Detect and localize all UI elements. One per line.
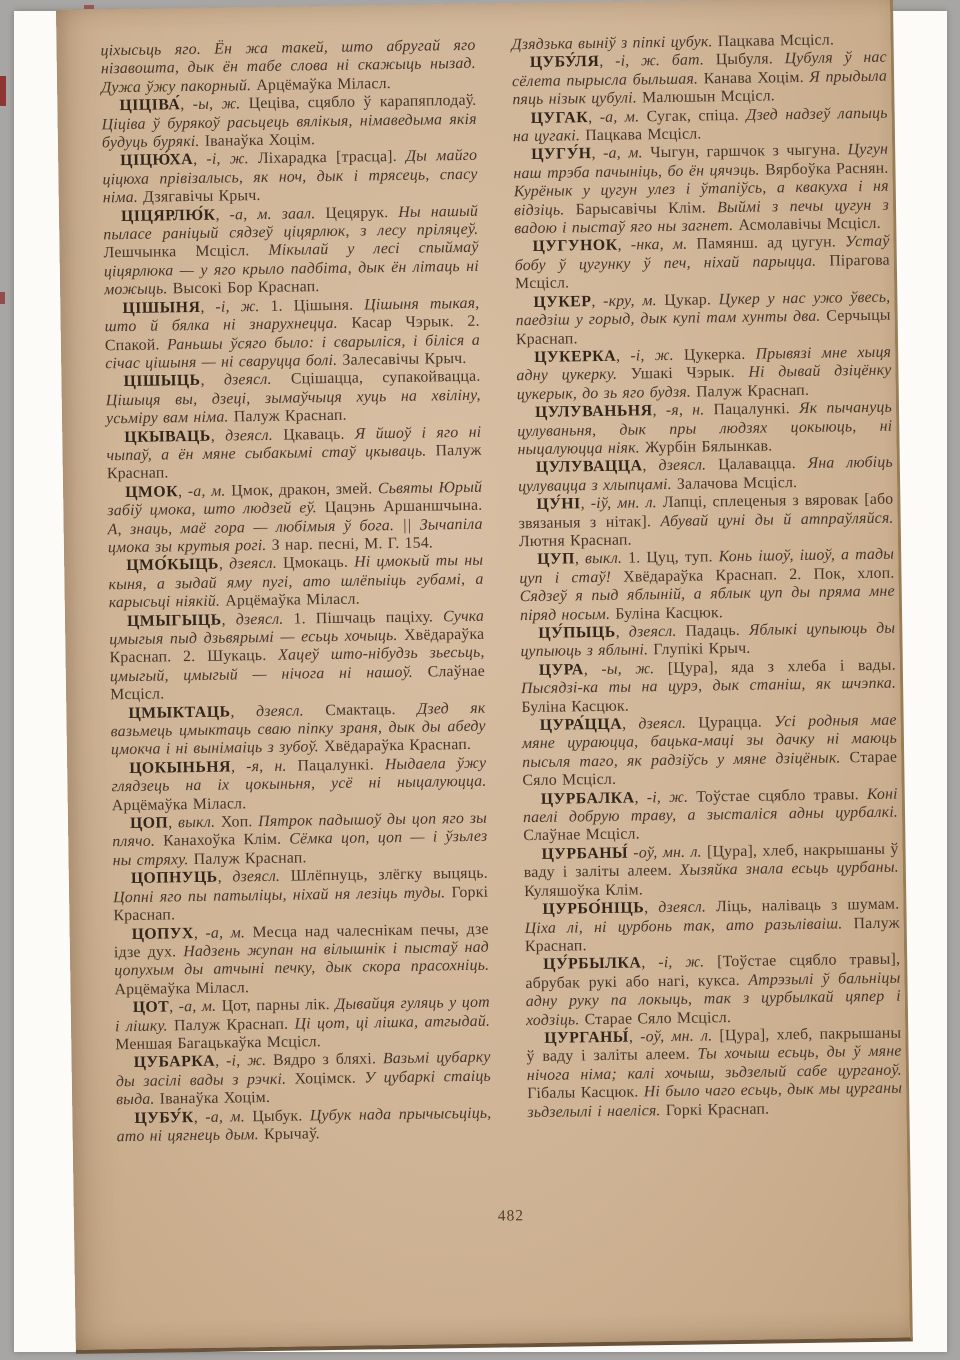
plain-text: Залесавічы Крыч. [342, 350, 466, 369]
right-column: Дзядзька выніў з піпкі цубук. Пацкава Мс… [511, 31, 902, 1141]
plain-text: , [584, 661, 602, 678]
example-or-grammar-text: -ы, ж. [193, 95, 241, 113]
scan-edge-artifact [0, 76, 6, 106]
plain-text: Цыбуля. [704, 51, 785, 69]
headword: ЦУГУ́Н [531, 146, 592, 164]
headword: ЦУРГАНЫ́ [544, 1029, 629, 1047]
headword: ЦІЦІВА́ [119, 96, 180, 114]
plain-text: Цецярук. [315, 204, 398, 222]
headword: ЦУРБО́НІЦЬ [542, 899, 644, 918]
example-or-grammar-text: дзеясл. [225, 426, 273, 444]
plain-text: , [616, 624, 629, 641]
plain-text: Канава Хоцім. [704, 69, 810, 88]
headword: ЦІШЫЦЬ [123, 372, 200, 390]
plain-text: , [231, 758, 246, 775]
headword: ЦІЦЯРЛЮ́К [121, 206, 216, 224]
example-or-grammar-text: дзеясл. [232, 868, 280, 886]
plain-text: Палуж Краснап. [696, 382, 809, 401]
dictionary-entry: ЦУГАК, -а, м. Сугак, спіца. Дзед надзеў … [513, 104, 889, 146]
plain-text: Слаўнае Мсцісл. [523, 826, 640, 845]
plain-text: Малюшын Мсцісл. [642, 88, 775, 107]
example-or-grammar-text: Абувай цуні ды й атпраўляйся. [660, 509, 893, 529]
plain-text: Залачова Мсцісл. [677, 474, 798, 493]
plain-text: , [588, 109, 600, 126]
plain-text: Пацалункі. [704, 400, 799, 418]
plain-text: Цот, парны лік. [216, 996, 335, 1015]
plain-text: Цкаваць. [273, 425, 355, 443]
plain-text: 1. Цішыня. [259, 296, 364, 315]
headword: ЦІЦЮ́ХА [120, 151, 193, 169]
plain-text: Арцёмаўка Міласл. [112, 795, 247, 814]
dictionary-entry: ЦМЫКТАЦЬ, дзеясл. Смактаць. Дзед як вазь… [110, 699, 486, 760]
example-or-grammar-text: -оў, мн. л. [640, 1027, 712, 1045]
plain-text: , [218, 869, 233, 886]
plain-text: Меншая Багацькаўка Мсцісл. [115, 1033, 321, 1053]
dictionary-entry: ЦОПУХ, -а, м. Месца над чалеснікам печы,… [114, 920, 490, 999]
example-or-grammar-text: -і, ж. [215, 298, 259, 316]
plain-text: , [200, 298, 215, 315]
example-or-grammar-text: -а, м. [205, 924, 245, 942]
plain-text: Смактаць. [304, 700, 418, 719]
plain-text: Асмолавічы Мсцісл. [738, 215, 881, 234]
example-or-grammar-text: -а, м. заал. [229, 205, 315, 223]
plain-text: , [575, 551, 585, 568]
dictionary-entry: ЦКЫВАЦЬ, дзеясл. Цкаваць. Я йшоў і яго н… [106, 423, 482, 484]
plain-text: Журбін Бялынкав. [645, 437, 773, 456]
plain-text: , [180, 96, 193, 113]
plain-text: , [652, 402, 666, 419]
plain-text: Хвёдараўка Краснап. [324, 736, 471, 755]
example-or-grammar-text: дзеясл. [638, 715, 686, 733]
example-or-grammar-text: дзеясл. [229, 555, 277, 573]
headword: ЦМО́КЫЦЬ [126, 556, 219, 574]
example-or-grammar-text: -і, ж. [658, 954, 704, 972]
example-or-grammar-text: дзеясл. [224, 371, 272, 389]
headword: ЦУП [537, 551, 575, 569]
plain-text: , [215, 206, 229, 223]
example-or-grammar-text: дзеясл. [658, 457, 706, 475]
plain-text: Сугак, спіца. [639, 106, 746, 125]
plain-text: Глупікі Крыч. [653, 640, 750, 658]
plain-text: Дзягавічы Крыч. [143, 187, 261, 206]
dictionary-entry: ЦУБУ́К, -а, м. Цыбук. Цубук нада прычысь… [116, 1104, 492, 1146]
example-or-grammar-text: -нка, м. [631, 236, 688, 254]
dictionary-entry: ЦМОК, -а, м. Цмок, дракон, змей. Сьвяты … [107, 478, 483, 557]
plain-text: , [200, 372, 224, 389]
example-or-grammar-text: Ціха лі, ні цурбонь так, ато разьліваіш. [525, 915, 854, 937]
plain-text: Хоцімск. [294, 1069, 364, 1087]
dictionary-entry: ЦОПНУЦЬ, дзеясл. Шлёпнуць, злёгку выцяць… [113, 865, 489, 926]
example-or-grammar-text: выкл. [585, 550, 622, 568]
headword: ЦІШЫНЯ [122, 299, 200, 317]
dictionary-entry: ЦІШЫЦЬ, дзеясл. Сцішацца, супакойвацца. … [105, 368, 481, 429]
dictionary-entry: ЦУРГАНЫ́, -оў, мн. л. [Цура], хлеб, пакр… [526, 1025, 902, 1123]
plain-text: Арцёмаўка Міласл. [114, 979, 249, 998]
plain-text: Тоўстае сцябло травы. [688, 786, 867, 806]
plain-text: , [591, 145, 603, 162]
dictionary-entry: ЦУБАРКА, -і, ж. Вядро з бляхі. Вазьмі цу… [116, 1049, 492, 1110]
plain-text: Чыгун, гаршчок з чыгуна. [643, 142, 848, 162]
plain-text: , [168, 814, 178, 831]
example-or-grammar-text: -я, н. [666, 402, 705, 420]
dictionary-entry: ЦУ́ПЫЦЬ, дзеясл. Падаць. Яблыкі цупыюць … [520, 620, 896, 662]
headword: ЦОП [130, 814, 168, 832]
plain-text: Арцёмаўка Міласл. [256, 75, 391, 94]
plain-text: Арцёмаўка Міласл. [225, 591, 360, 610]
example-or-grammar-text: -і, ж. [206, 151, 249, 169]
page-number: 482 [118, 1202, 904, 1232]
example-or-grammar-text: -а, м. [179, 998, 217, 1016]
plain-text: Барысавічы Клім. [576, 199, 718, 218]
text-block: ціхысьць яго. Ён жа такей, што абругай я… [100, 31, 902, 1147]
plain-text: Старае Сяло Мсцісл. [585, 1009, 732, 1028]
plain-text: , [599, 53, 615, 70]
example-or-grammar-text: Ці цот, ці лішка, атгыдай. [294, 1012, 490, 1032]
plain-text: Цукар. [657, 291, 719, 309]
headword: ЦУБАРКА [134, 1053, 216, 1071]
headword: ЦУКЕРКА [534, 348, 616, 366]
headword: ЦУРБАНЫ́ [541, 844, 628, 862]
scanned-dictionary-page: ціхысьць яго. Ён жа такей, што абругай я… [56, 0, 913, 1354]
dictionary-entry: ЦІЦЮ́ХА, -і, ж. Ліхарадка [трасца]. Ды м… [102, 147, 478, 208]
headword: ЦМЫГЫЦЬ [127, 611, 222, 629]
dictionary-entry: ЦІЦЯРЛЮ́К, -а, м. заал. Цецярук. Ны нашы… [103, 202, 479, 300]
example-or-grammar-text: Хызяйка знала есьць цурбаны. [680, 859, 899, 879]
headword: ЦУЛУВАНЬНЯ [535, 402, 653, 421]
plain-text: Іванаўка Хоцім. [160, 1089, 271, 1108]
dictionary-entry: ЦУГУ́Н, -а, м. Чыгун, гаршчок з чыгуна. … [513, 141, 889, 239]
plain-text: Памянш. ад цугун. [687, 234, 845, 253]
plain-text: , [169, 998, 179, 1015]
plain-text: Сцішацца, супакойвацца. [272, 368, 481, 388]
plain-text: Куляшоўка Клім. [524, 881, 643, 900]
plain-text: Палуж Краснап. [194, 849, 307, 868]
headword: ЦКЫВАЦЬ [124, 427, 211, 445]
headword: ЦУРА́ЦЦА [540, 716, 623, 734]
plain-text: , [230, 703, 256, 720]
plain-text: , [215, 1053, 226, 1070]
plain-text: Пацкава Мсцісл. [585, 125, 702, 144]
plain-text: , [641, 954, 658, 971]
example-or-grammar-text: -ы, ж. [601, 660, 654, 678]
plain-text: Ліць, наліваць з шумам. [706, 896, 900, 916]
headword: ЦУ́ПЫЦЬ [538, 624, 616, 642]
plain-text: Цмок, дракон, змей. [225, 480, 378, 499]
headword: ЦОТ [133, 999, 170, 1017]
plain-text: Крычаў. [264, 1125, 320, 1143]
plain-text: , [634, 789, 647, 806]
plain-text: Пацкава Мсцісл. [718, 31, 835, 50]
plain-text: Цмокаць. [277, 554, 354, 572]
example-or-grammar-text: -я, н. [246, 758, 287, 776]
plain-text: , [591, 293, 603, 310]
headword: ЦОКЫНЬНЯ [129, 758, 231, 777]
plain-text: Канахоўка Клім. [163, 831, 289, 850]
scan-edge-artifact [84, 5, 94, 9]
headword: ЦУГАК [531, 109, 589, 127]
headword: ЦУ́НІ [536, 495, 581, 513]
plain-text: [Цура], яда з хлеба і вады. [654, 656, 896, 677]
example-or-grammar-text: Дзядзька выніў з піпкі цубук. [511, 33, 717, 53]
plain-text: , [193, 151, 207, 168]
plain-text: , [211, 427, 226, 444]
plain-text: Хоп. [215, 813, 258, 831]
dictionary-entry: ЦУП, выкл. 1. Цуц, туп. Конь ішоў, ішоў,… [519, 546, 895, 625]
dictionary-entry: ЦУРБАЛКА, -і, ж. Тоўстае сцябло травы. К… [523, 785, 899, 846]
dictionary-entry: ЦУРА, -ы, ж. [Цура], яда з хлеба і вады.… [521, 656, 897, 717]
plain-text: Хвёдараўка Краснап. 2. Пок, хлоп. [623, 564, 894, 585]
dictionary-entry: ЦУ́РБЫЛКА, -і, ж. [Тоўстае сцябло травы]… [525, 951, 901, 1030]
dictionary-entry: ЦУЛУВАНЬНЯ, -я, н. Пацалункі. Як пычануц… [517, 399, 893, 460]
plain-text: Горкі Краснап. [666, 1100, 770, 1119]
example-or-grammar-text: -а, м. [188, 482, 226, 500]
dictionary-entry: ЦУРБО́НІЦЬ, дзеясл. Ліць, наліваць з шум… [524, 896, 900, 957]
plain-text: 1. Цуц, туп. [622, 549, 719, 567]
plain-text: Іванаўка Хоцім. [205, 131, 316, 150]
headword: ЦУ́РБЫЛКА [543, 955, 641, 973]
plain-text: Цыбук. [245, 1107, 310, 1125]
headword: ЦМЫКТАЦЬ [128, 703, 230, 722]
example-or-grammar-text: -і, ж. [647, 788, 689, 806]
example-or-grammar-text: -оў, мн. л. [633, 843, 702, 861]
headword: ЦУЛУВАЦЦА [536, 458, 643, 477]
plain-text: Буліна Касцюк. [615, 604, 723, 623]
example-or-grammar-text: -кру, м. [603, 292, 657, 310]
dictionary-entry: ЦУРБАНЫ́ -оў, мн. л. [Цура], хлеб, накры… [523, 840, 899, 901]
headword: ЦМОК [125, 483, 178, 501]
plain-text: , [194, 1108, 206, 1125]
plain-text: Цукерка. [674, 346, 756, 364]
example-or-grammar-text: дзеясл. [236, 610, 284, 628]
plain-text: Цацэнь Аршаншчына. [325, 497, 483, 516]
example-or-grammar-text: -а, м. [603, 145, 643, 163]
plain-text: , [617, 237, 631, 254]
headword: ЦОПНУЦЬ [131, 869, 218, 887]
plain-text: З нар. песні, М. Г. 154. [272, 534, 434, 553]
dictionary-entry: ЦІШЫНЯ, -і, ж. 1. Цішыня. Цішыня тыкая, … [104, 294, 480, 373]
plain-text: Ліхарадка [трасца]. [249, 148, 406, 167]
plain-text: Вядро з бляхі. [266, 1051, 383, 1070]
plain-text: , [644, 899, 658, 916]
plain-text: 1. Пішчаць паціху. [283, 608, 443, 627]
dictionary-entry: ЦУБУ́ЛЯ, -і, ж. бат. Цыбуля. Цубуля ў на… [512, 49, 888, 110]
plain-text: Лешчынка Мсцісл. [103, 242, 268, 261]
headword: ЦУКЕР [533, 293, 591, 311]
dictionary-entry: ЦУГУНОК, -нка, м. Памянш. ад цугун. Уста… [514, 233, 890, 294]
dictionary-entry: ЦОП, выкл. Хоп. Пятрок падышоў ды цоп яг… [112, 810, 488, 871]
plain-text: Цеціва, сцябло ў карапяплодаў. [240, 92, 476, 112]
example-or-grammar-text: дзеясл. [256, 702, 304, 720]
headword: ЦУГУНОК [532, 237, 617, 255]
dictionary-entry: ЦУКЕР, -кру, м. Цукар. Цукер у нас ужо ў… [515, 288, 891, 349]
dictionary-entry: ЦУЛУВАЦЦА, дзеясл. Цалавацца. Яна любіць… [518, 454, 894, 496]
plain-text: , [629, 1028, 641, 1045]
dictionary-entry: ЦУ́НІ, -іў, мн. л. Лапці, сплеценыя з вя… [518, 491, 894, 552]
plain-text: Гібалы Касцюк. [527, 1084, 644, 1103]
plain-text: Буліна Касцюк. [521, 697, 629, 716]
dictionary-entry: ЦМЫГЫЦЬ, дзеясл. 1. Пішчаць паціху. Сучк… [109, 607, 485, 705]
headword: ЦУБУ́ЛЯ [530, 53, 600, 71]
plain-text: Цурацца. [686, 713, 774, 731]
headword: ЦУРБАЛКА [541, 789, 635, 807]
headword: ЦУРА [539, 661, 584, 679]
plain-text: Ушакі Чэрык. [631, 364, 749, 383]
example-or-grammar-text: выкл. [178, 814, 215, 832]
plain-text: , [194, 924, 206, 941]
plain-text: , [622, 715, 639, 732]
entry-continuation: ціхысьць яго. Ён жа такей, што абругай я… [100, 37, 476, 98]
example-or-grammar-text: Цопні яго пы патыліцы, ніхай ня лезіць т… [113, 884, 452, 906]
example-or-grammar-text: -іў, мн. л. [591, 494, 657, 512]
dictionary-entry: ЦУРА́ЦЦА, дзеясл. Цурацца. Усі родныя ма… [522, 712, 898, 791]
example-or-grammar-text: -і, ж. [226, 1052, 266, 1070]
dictionary-entry: ЦІЦІВА́, -ы, ж. Цеціва, сцябло ў карапяп… [101, 92, 477, 153]
plain-text: , [642, 457, 658, 474]
plain-text: Палуж Краснап. [234, 407, 347, 426]
example-or-grammar-text: -і, ж. [630, 347, 674, 365]
example-or-grammar-text: дзеясл. [658, 899, 706, 917]
left-column: ціхысьць яго. Ён жа такей, што абругай я… [100, 37, 491, 1147]
scan-edge-artifact [0, 292, 5, 304]
dictionary-entry: ЦОКЫНЬНЯ, -я, н. Пацалункі. Ныдаела ўжу … [111, 755, 487, 816]
headword: ЦУБУ́К [134, 1109, 194, 1127]
plain-text: Высокі Бор Краснап. [173, 278, 320, 297]
example-or-grammar-text: дзеясл. [629, 623, 677, 641]
example-or-grammar-text: -а, м. [205, 1108, 245, 1126]
headword: ЦОПУХ [132, 925, 194, 943]
plain-text: Пацалункі. [286, 756, 385, 774]
plain-text: Падаць. [676, 622, 749, 640]
plain-text: Шлёпнуць, злёгку выцяць. [280, 865, 488, 885]
example-or-grammar-text: -і, ж. бат. [615, 52, 704, 70]
plain-text: , [221, 611, 235, 628]
example-or-grammar-text: -а, м. [600, 108, 640, 126]
plain-text: , [219, 556, 230, 573]
plain-text: Палуж Краснап. [174, 1015, 295, 1034]
dictionary-entry: ЦМО́КЫЦЬ, дзеясл. Цмокаць. Ні цмокый ты … [108, 552, 484, 613]
plain-text: , [616, 347, 631, 364]
plain-text: Вярбоўка Раснян. [765, 160, 889, 179]
plain-text: Лютня Краснап. [519, 531, 632, 550]
dictionary-entry: ЦУКЕРКА, -і, ж. Цукерка. Прывязі мне хыц… [516, 344, 892, 405]
dictionary-entry: ЦОТ, -а, м. Цот, парны лік. Дывайця гуля… [115, 994, 491, 1055]
plain-text: Цалавацца. [706, 455, 808, 474]
plain-text: , [178, 483, 188, 500]
